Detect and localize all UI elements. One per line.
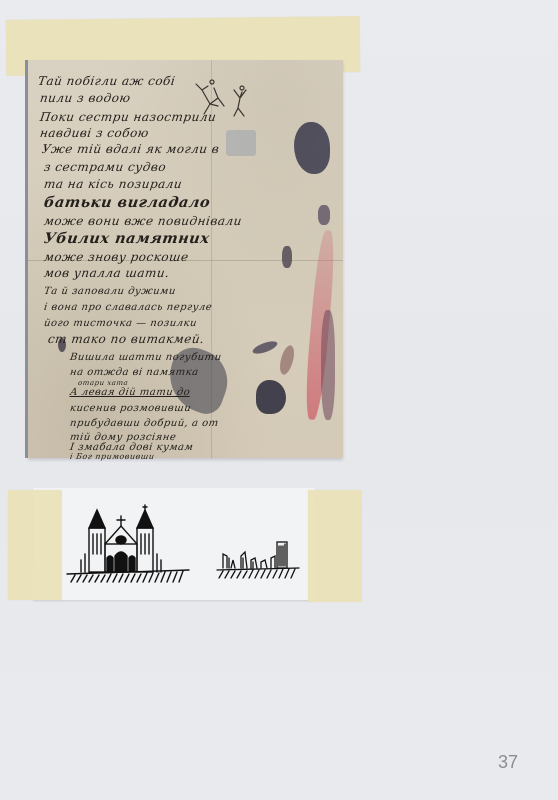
purple-ink-blot <box>251 339 279 356</box>
brown-stain <box>277 344 296 376</box>
letter-line: Та й заповали дужими <box>43 286 176 297</box>
church-drawing <box>65 504 195 586</box>
grey-smudge <box>226 130 256 156</box>
ruins-drawing <box>213 538 303 582</box>
masking-tape-left <box>8 490 62 600</box>
letter-line: кисенив розмовивши <box>69 403 192 414</box>
letter-line: може вони вже повиднівали <box>43 214 243 228</box>
letter-line: батьки вигладало <box>43 194 212 211</box>
purple-ink-blot <box>282 246 292 268</box>
interlinear-note: отари хата <box>77 379 128 387</box>
letter-line: з сестрами судво <box>43 160 167 174</box>
page-number: 37 <box>498 752 518 773</box>
letter-line: мов упалла шати. <box>43 266 170 280</box>
letter-line: його тисточка — позилки <box>43 318 197 329</box>
letter-line: Тай побігли аж собі <box>37 74 176 88</box>
letter-line: прибудавши добрий, а от <box>69 418 219 429</box>
letter-line: Вишила шатти погубити <box>69 352 222 363</box>
letter-line: Поки сестри назострили <box>39 110 217 124</box>
handwritten-letter: Тай побігли аж собі пили з водою Поки се… <box>28 60 343 458</box>
dark-ink-blot-lower <box>256 380 286 414</box>
letter-line: Убилих памятних <box>43 230 211 247</box>
drawing-card <box>33 488 315 600</box>
letter-line: та на кісь позирали <box>43 177 183 191</box>
letter-line: і Бог примовивши <box>69 452 155 461</box>
letter-line: пили з водою <box>39 91 132 105</box>
letter-line: Уже тій вдалі як могли в <box>41 142 220 156</box>
letter-line: може знову роскоше <box>43 250 190 264</box>
masking-tape-right <box>308 490 362 602</box>
dark-ink-blot <box>294 122 330 174</box>
letter-line: і вона про славалась пергуле <box>43 302 213 313</box>
purple-stain <box>321 310 335 420</box>
letter-line: А левая дій тати до <box>69 387 191 398</box>
letter-line: навдиві з собою <box>39 126 150 140</box>
purple-ink-blot <box>318 205 330 225</box>
letter-line: на отжда ві памятка <box>69 367 199 378</box>
letter-line: ст тако по витакмей. <box>47 332 205 346</box>
